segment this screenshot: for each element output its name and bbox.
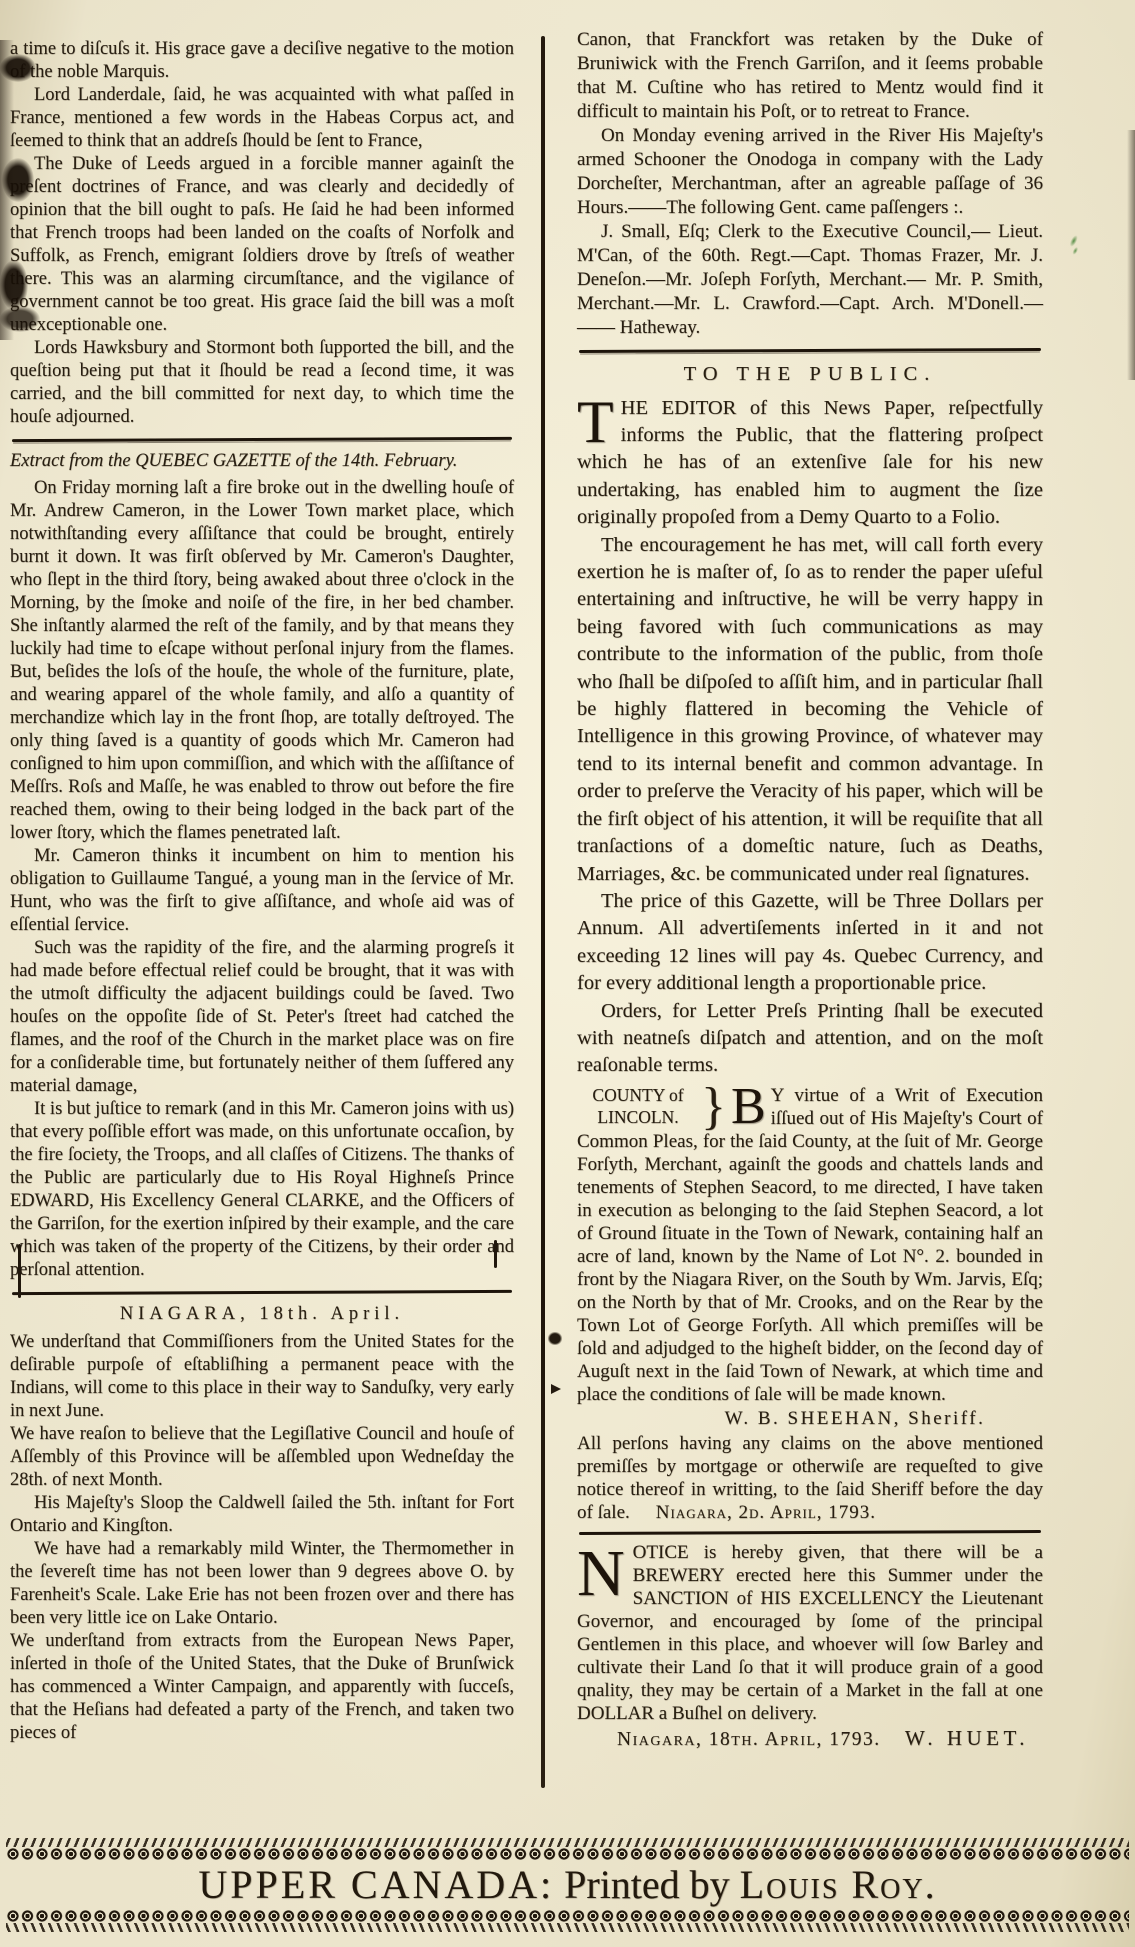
section-rule [579, 1530, 1041, 1535]
article-quebec-gazette-extract: Extract from the QUEBEC GAZETTE of the 1… [10, 450, 514, 1282]
dropcap-letter-B: B [731, 1084, 771, 1128]
imprint-region: UPPER CANADA: [198, 1862, 554, 1907]
scan-edge-shadow-right [1127, 130, 1135, 380]
paragraph: We underſtand that Commiſſioners from th… [10, 1331, 514, 1423]
section-rule [579, 348, 1041, 353]
paragraph: Canon, that Franckfort was retaken by th… [577, 28, 1043, 124]
paragraph: On Friday morning laſt a fire broke out … [10, 477, 514, 845]
paragraph-with-dropcap: NOTICE is hereby given, that there will … [577, 1541, 1043, 1725]
paragraph: Mr. Cameron thinks it incumbent on him t… [10, 845, 514, 937]
article-brewery-notice: NOTICE is hereby given, that there will … [577, 1541, 1043, 1752]
article-to-the-public: TO THE PUBLIC. THE EDITOR of this News P… [577, 361, 1043, 1080]
column-divider-rule [541, 36, 545, 1788]
paragraph: We have had a remarkably mild Winter, th… [10, 1538, 514, 1630]
section-rule [12, 1290, 512, 1295]
dropcap-letter-T: T [577, 395, 621, 447]
paragraph: J. Small, Eſq; Clerk to the Executive Co… [577, 220, 1043, 340]
county-label: COUNTY ofLINCOLN. [577, 1084, 699, 1129]
margin-mark-pointer [551, 1384, 561, 1394]
imprint-printed-by: Printed by [554, 1862, 740, 1907]
ornament-beads-top [6, 1847, 1129, 1861]
paragraph: Orders, for Letter Preſs Printing ſhall … [577, 998, 1043, 1080]
dateline-place: Niagara, 18th. April, 1793. [617, 1727, 881, 1752]
paragraph: The Duke of Leeds argued in a forcible m… [10, 153, 514, 337]
paragraph: We have reaſon to believe that the Legiſ… [10, 1423, 514, 1492]
paragraph: It is but juſtice to remark (and in this… [10, 1098, 514, 1282]
article-parliament-continuation: a time to diſcuſs it. His grace gave a d… [10, 38, 514, 429]
paragraph: Lords Hawksbury and Stormont both ſuppor… [10, 337, 514, 429]
section-rule [12, 437, 512, 442]
dateline: Niagara, 2d. April, 1793. [630, 1502, 876, 1523]
imprint-footer: UPPER CANADA: Printed by Louis Roy. [6, 1838, 1129, 1932]
imprint-line: UPPER CANADA: Printed by Louis Roy. [6, 1862, 1129, 1908]
paragraph: We underſtand from extracts from the Eur… [10, 1630, 514, 1745]
dropcap-letter-N: N [577, 1541, 633, 1609]
ornament-fringe-top [6, 1838, 1129, 1847]
paragraph: The price of this Gazette, will be Three… [577, 888, 1043, 998]
ornament-beads-bottom [6, 1909, 1129, 1923]
paragraph-county-writ: COUNTY ofLINCOLN.}BY virtue of a Writ of… [577, 1084, 1043, 1406]
article-heading: NIAGARA, 18th. April. [10, 1303, 514, 1326]
article-european-news-continuation: Canon, that Franckfort was retaken by th… [577, 28, 1043, 340]
dateline-row: Niagara, 18th. April, 1793. W. HUET. [577, 1725, 1043, 1752]
notice-text: OTICE is hereby given, that there will b… [577, 1542, 1043, 1724]
paragraph-with-dropcap: THE EDITOR of this News Paper, reſpectfu… [577, 395, 1043, 532]
newspaper-page: a time to diſcuſs it. His grace gave a d… [0, 0, 1135, 1947]
paragraph: Such was the rapidity of the fire, and t… [10, 937, 514, 1098]
article-niagara-news: NIAGARA, 18th. April. We underſtand that… [10, 1303, 514, 1745]
sheriff-signature: W. B. SHEEHAN, Sheriff. [577, 1407, 1043, 1430]
paragraph: On Monday evening arrived in the River H… [577, 124, 1043, 220]
article-heading: Extract from the QUEBEC GAZETTE of the 1… [10, 450, 514, 473]
green-pen-mark [1061, 229, 1089, 260]
right-column: Canon, that Franckfort was retaken by th… [577, 28, 1043, 1752]
writ-text: Y virtue of a Writ of Execution iſſued o… [577, 1085, 1043, 1405]
imprint-printer-name: Louis Roy. [740, 1862, 937, 1907]
paragraph: The encouragement he has met, will call … [577, 532, 1043, 888]
left-column: a time to diſcuſs it. His grace gave a d… [10, 38, 514, 1745]
paragraph-claims: All perſons having any claims on the abo… [577, 1432, 1043, 1524]
paragraph: His Majeſty's Sloop the Caldwell ſailed … [10, 1492, 514, 1538]
brace-glyph: } [699, 1084, 731, 1129]
huet-signature: W. HUET. [905, 1726, 1029, 1751]
article-sheriff-sale-writ: COUNTY ofLINCOLN.}BY virtue of a Writ of… [577, 1084, 1043, 1524]
paragraph: a time to diſcuſs it. His grace gave a d… [10, 38, 514, 84]
ornament-fringe-bottom [6, 1923, 1129, 1932]
article-heading: TO THE PUBLIC. [577, 361, 1043, 388]
margin-mark-blob [548, 1332, 562, 1345]
lead-text: HE EDITOR of this News Paper, reſpectful… [577, 397, 1043, 529]
paragraph: Lord Landerdale, ſaid, he was acquainted… [10, 84, 514, 153]
